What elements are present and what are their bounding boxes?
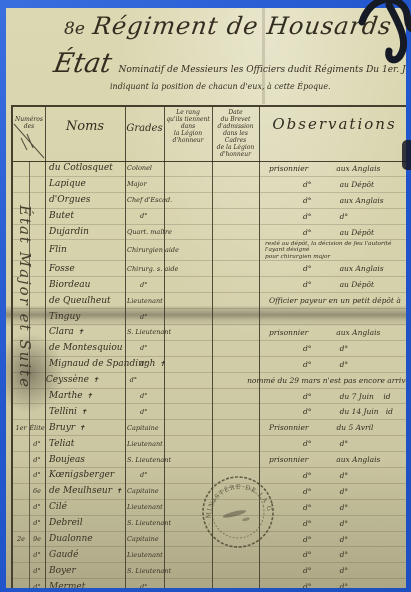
cell-observations: d°d° bbox=[259, 566, 406, 575]
cell-name: Marthe✝ bbox=[45, 391, 125, 401]
cell-grade: S. Lieutenant bbox=[125, 567, 164, 575]
observation-part-1: d° bbox=[303, 439, 312, 448]
officer-name: Fosse bbox=[49, 264, 75, 274]
observation-part-2: aux Anglais bbox=[336, 328, 380, 337]
cell-name: Fosse bbox=[45, 264, 125, 274]
cell-grade: d° bbox=[125, 392, 164, 400]
ink-flourish bbox=[358, 0, 411, 68]
observation-part-2: d° bbox=[340, 439, 349, 448]
cell-name: Flin bbox=[45, 245, 125, 255]
cell-observations: d°aux Anglais bbox=[259, 196, 406, 205]
cell-grade: d° bbox=[115, 376, 152, 384]
observation-part-1: d° bbox=[303, 487, 312, 496]
cell-grade: Major bbox=[125, 180, 164, 188]
officer-name: d'Orgues bbox=[49, 195, 90, 205]
cell-compagnie: Élite bbox=[29, 424, 45, 432]
regiment-number: 8e bbox=[64, 19, 85, 39]
cell-compagnie: d° bbox=[29, 551, 45, 559]
cell-grade: Chirurg. s. aide bbox=[125, 265, 164, 273]
cell-name: de Queulheut bbox=[45, 296, 125, 306]
cell-name: Mignaud de Spandingh✝ bbox=[45, 359, 125, 369]
observation-part-2: du 14 Juin id bbox=[340, 407, 393, 416]
cell-grade: Capitaine bbox=[125, 424, 164, 432]
officer-name: Dualonne bbox=[49, 534, 93, 544]
officer-name: Bruyr bbox=[49, 423, 75, 433]
table-row: 1erÉliteBruyr✝CapitainePrisonnierdu 5 Av… bbox=[13, 420, 406, 436]
cell-name: du Cotlosquet bbox=[45, 163, 125, 173]
cell-name: Teliat bbox=[45, 439, 125, 449]
observation-part-1: d° bbox=[303, 471, 312, 480]
observation-part-1: d° bbox=[303, 582, 312, 588]
cell-observations: d°d° bbox=[259, 360, 406, 369]
table-row: d°Mermetd°d°d° bbox=[13, 579, 406, 588]
observation-part-1: d° bbox=[303, 212, 312, 221]
cell-name: de Montesquiou bbox=[45, 343, 125, 353]
table-row: Tinguyd° bbox=[13, 309, 406, 325]
observation-part-1: d° bbox=[303, 196, 312, 205]
observation-part-1: d° bbox=[303, 280, 312, 289]
table-row: Ceyssène✝d°nommé du 29 mars n'est pas en… bbox=[13, 373, 406, 389]
cell-observations: d°d° bbox=[259, 582, 406, 588]
officer-name: Tinguy bbox=[49, 312, 80, 322]
cell-compagnie: d° bbox=[29, 440, 45, 448]
header-rang: Le rang qu'ils tiennent dans la Légion d… bbox=[164, 107, 212, 161]
cell-name: d'Orgues bbox=[45, 195, 125, 205]
diagonal-divider bbox=[13, 120, 45, 160]
subtitle-line-2: indiquant la position de chacun d'eux, à… bbox=[110, 82, 331, 91]
table-row: du CotlosquetColonelprisonnieraux Anglai… bbox=[13, 161, 406, 177]
cell-grade: Capitaine bbox=[125, 487, 164, 495]
observation-part-1: d° bbox=[303, 535, 312, 544]
cell-compagnie: 6e bbox=[29, 487, 45, 495]
header-date: Date du Brevet d'admission dans les Cadr… bbox=[212, 107, 259, 161]
cell-observations: d°d° bbox=[259, 487, 406, 496]
officer-name: Biordeau bbox=[49, 280, 90, 290]
observation-part-1: d° bbox=[303, 503, 312, 512]
header-noms: Noms bbox=[45, 107, 125, 161]
observation-part-2: du 7 Juin id bbox=[340, 392, 391, 401]
cell-name: Bruyr✝ bbox=[45, 423, 125, 433]
observation-part-1: prisonnier bbox=[269, 455, 308, 464]
cell-observations: d°d° bbox=[259, 471, 406, 480]
cell-observations: prisonnieraux Anglais bbox=[259, 455, 406, 464]
officer-name: Boujeas bbox=[49, 455, 85, 465]
cell-name: Butet bbox=[45, 211, 125, 221]
cell-name: Gaudé bbox=[45, 550, 125, 560]
table-header: Numéros des Noms Grades Le rang qu'ils t… bbox=[13, 107, 406, 162]
table-row: d'OrguesChef d'Escad.d°aux Anglais bbox=[13, 193, 406, 209]
document-title: 8e Régiment de Housards bbox=[64, 12, 406, 40]
photo-border: 8e Régiment de Housards État Nominatif d… bbox=[0, 0, 411, 592]
observation-part-1: d° bbox=[303, 392, 312, 401]
cell-observations: d°d° bbox=[259, 212, 406, 221]
observation-part-2: au Dépôt bbox=[340, 180, 374, 189]
officer-name: Debreil bbox=[49, 518, 83, 528]
edge-mark bbox=[402, 140, 411, 170]
cell-observations: d°au Dépôt bbox=[259, 228, 406, 237]
officer-name: Lapique bbox=[49, 179, 86, 189]
cell-escadron: 1er bbox=[13, 424, 29, 432]
cell-compagnie: d° bbox=[29, 583, 45, 588]
cell-grade: d° bbox=[125, 471, 164, 479]
table-row: FosseChirurg. s. aided°aux Anglais bbox=[13, 261, 406, 277]
observation-part-1: prisonnier bbox=[269, 164, 308, 173]
observation-part-2: d° bbox=[340, 471, 349, 480]
observation-part-1: d° bbox=[303, 566, 312, 575]
subtitle-initial-word: État bbox=[51, 48, 114, 79]
observation-part-1: d° bbox=[303, 407, 312, 416]
cell-name: Dualonne bbox=[45, 534, 125, 544]
cell-grade: d° bbox=[125, 583, 164, 588]
officer-name: de Meulhseur bbox=[49, 486, 112, 496]
table-row: FlinChirurgien aideresté au dépôt, la dé… bbox=[13, 240, 406, 261]
cell-observations: Officier payeur en un petit dépôt à bbox=[259, 296, 406, 305]
header-grades: Grades bbox=[125, 107, 164, 161]
decoration-cross-icon: ✝ bbox=[116, 487, 122, 495]
observation-part-2: d° bbox=[340, 360, 349, 369]
table-row: Butetd°d°d° bbox=[13, 209, 406, 225]
cell-grade: Lieutenant bbox=[125, 440, 164, 448]
table-row: Mignaud de Spandingh✝d°d°d° bbox=[13, 357, 406, 373]
cell-compagnie: d° bbox=[29, 456, 45, 464]
decoration-cross-icon: ✝ bbox=[79, 424, 85, 432]
table-row: Tellini✝d°d°du 14 Juin id bbox=[13, 404, 406, 420]
cell-observations: d°d° bbox=[259, 344, 406, 353]
decoration-cross-icon: ✝ bbox=[93, 376, 99, 384]
header-observations: Observations bbox=[259, 107, 406, 161]
cell-grade: S. Lieutenant bbox=[125, 519, 164, 527]
table-row: de QueulheutLieutenantOfficier payeur en… bbox=[13, 293, 406, 309]
cell-grade: Chef d'Escad. bbox=[125, 196, 164, 204]
table-row: Biordeaud°d°au Dépôt bbox=[13, 277, 406, 293]
cell-grade: d° bbox=[125, 408, 164, 416]
observation-part-2: au Dépôt bbox=[340, 228, 374, 237]
subtitle-line-1: État Nominatif de Messieurs les Officier… bbox=[54, 48, 406, 79]
cell-observations: d°d° bbox=[259, 503, 406, 512]
cell-name: Dujardin bbox=[45, 227, 125, 237]
header-numeros: Numéros des bbox=[13, 107, 45, 161]
cell-grade: d° bbox=[125, 281, 164, 289]
observation-part-2: d° bbox=[340, 503, 349, 512]
officer-name: de Montesquiou bbox=[49, 343, 123, 353]
cell-observations: resté au dépôt, la décision de feu l'aut… bbox=[259, 241, 406, 261]
cell-observations: d°au Dépôt bbox=[259, 180, 406, 189]
cell-grade: d° bbox=[125, 313, 164, 321]
cell-compagnie: d° bbox=[29, 471, 45, 479]
cell-name: Biordeau bbox=[45, 280, 125, 290]
table-row: de Montesquioud°d°d° bbox=[13, 341, 406, 357]
cell-name: Tinguy bbox=[45, 312, 125, 322]
officer-name: Tellini bbox=[49, 407, 77, 417]
observation-part-2: d° bbox=[340, 566, 349, 575]
observation-part-1: prisonnier bbox=[269, 328, 308, 337]
cell-name: Boujeas bbox=[45, 455, 125, 465]
observation-part-1: nommé du 29 mars n'est pas encore arrivé bbox=[247, 376, 406, 385]
cell-grade: Quart. maître bbox=[125, 228, 164, 236]
cell-grade: S. Lieutenant bbox=[125, 328, 164, 336]
observation-part-1: Prisonnier bbox=[269, 423, 308, 432]
cell-name: Mermet bbox=[45, 582, 125, 588]
cell-observations: nommé du 29 mars n'est pas encore arrivé bbox=[237, 376, 406, 385]
cell-grade: Lieutenant bbox=[125, 551, 164, 559]
cell-name: Boyer bbox=[45, 566, 125, 576]
observation-part-2: d° bbox=[340, 550, 349, 559]
cell-name: Clara✝ bbox=[45, 327, 125, 337]
cell-observations: d°d° bbox=[259, 550, 406, 559]
officer-name: Dujardin bbox=[49, 227, 89, 237]
observation-part-2: d° bbox=[340, 212, 349, 221]
officer-name: Butet bbox=[49, 211, 74, 221]
observation-part-2: d° bbox=[340, 344, 349, 353]
observation-part-2: d° bbox=[340, 519, 349, 528]
margin-section-label: État Major et Suite bbox=[8, 181, 34, 413]
observation-part-2: aux Anglais bbox=[336, 455, 380, 464]
cell-grade: S. Lieutenant bbox=[125, 456, 164, 464]
observation-part-1: d° bbox=[303, 550, 312, 559]
cell-name: Kœnigsberger bbox=[45, 470, 125, 480]
officer-name: de Queulheut bbox=[49, 296, 111, 306]
cell-observations: Prisonnierdu 5 Avril bbox=[259, 423, 406, 432]
officer-name: Flin bbox=[49, 245, 67, 255]
cell-grade: d° bbox=[125, 212, 164, 220]
observation-part-2: d° bbox=[340, 535, 349, 544]
cell-observations: d°du 7 Juin id bbox=[259, 392, 406, 401]
officer-name: Teliat bbox=[49, 439, 74, 449]
officer-name: Clara bbox=[49, 327, 74, 337]
observation-part-2: d° bbox=[340, 487, 349, 496]
observation-part-1: d° bbox=[303, 264, 312, 273]
table-row: Marthe✝d°d°du 7 Juin id bbox=[13, 389, 406, 405]
document-paper: 8e Régiment de Housards État Nominatif d… bbox=[6, 8, 406, 588]
cell-grade: Lieutenant bbox=[125, 503, 164, 511]
cell-compagnie: d° bbox=[29, 503, 45, 511]
observation-part-2: aux Anglais bbox=[340, 264, 384, 273]
table-row: Clara✝S. Lieutenantprisonnieraux Anglais bbox=[13, 325, 406, 341]
cell-observations: prisonnieraux Anglais bbox=[259, 164, 406, 173]
cell-grade: Lieutenant bbox=[125, 297, 164, 305]
table-row: LapiqueMajord°au Dépôt bbox=[13, 177, 406, 193]
cell-grade: Colonel bbox=[125, 164, 164, 172]
observation-part-2: d° bbox=[340, 582, 349, 588]
cell-grade: d° bbox=[125, 360, 164, 368]
cell-compagnie: d° bbox=[29, 519, 45, 527]
officer-name: Marthe bbox=[49, 391, 83, 401]
officer-name: du Cotlosquet bbox=[49, 163, 113, 173]
decoration-cross-icon: ✝ bbox=[81, 408, 87, 416]
cell-name: de Meulhseur✝ bbox=[45, 486, 125, 496]
cell-compagnie: d° bbox=[29, 567, 45, 575]
officer-name: Kœnigsberger bbox=[49, 470, 114, 480]
cell-name: Tellini✝ bbox=[45, 407, 125, 417]
cell-name: Lapique bbox=[45, 179, 125, 189]
cell-name: Debreil bbox=[45, 518, 125, 528]
cell-name: Ceyssène✝ bbox=[42, 375, 115, 385]
observation-part-1: Officier payeur en un petit dépôt à bbox=[269, 296, 401, 305]
cell-observations: d°au Dépôt bbox=[259, 280, 406, 289]
officer-name: Boyer bbox=[49, 566, 76, 576]
officer-name: Mermet bbox=[49, 582, 85, 588]
decoration-cross-icon: ✝ bbox=[87, 392, 93, 400]
observation-part-1: d° bbox=[303, 344, 312, 353]
observation-part-1: d° bbox=[303, 519, 312, 528]
observation-part-1: d° bbox=[303, 360, 312, 369]
cell-escadron: 2e bbox=[13, 535, 29, 543]
observation-part-2: du 5 Avril bbox=[336, 423, 373, 432]
officer-name: Ceyssène bbox=[46, 375, 89, 385]
observation-part-2: aux Anglais bbox=[340, 196, 384, 205]
decoration-cross-icon: ✝ bbox=[78, 328, 84, 336]
observation-note: resté au dépôt, la décision de feu l'aut… bbox=[265, 241, 406, 261]
table-row: DujardinQuart. maîtred°au Dépôt bbox=[13, 225, 406, 241]
table-row: d°TeliatLieutenantd°d° bbox=[13, 436, 406, 452]
observation-part-1: d° bbox=[303, 180, 312, 189]
observation-part-2: aux Anglais bbox=[336, 164, 380, 173]
regiment-name: Régiment de Housards bbox=[91, 12, 394, 40]
cell-observations: d°d° bbox=[259, 439, 406, 448]
table-row: d°BoyerS. Lieutenantd°d° bbox=[13, 563, 406, 579]
observation-part-1: d° bbox=[303, 228, 312, 237]
cell-name: Cilé bbox=[45, 502, 125, 512]
cell-grade: Chirurgien aide bbox=[125, 246, 164, 254]
cell-compagnie: 9e bbox=[29, 535, 45, 543]
cell-observations: prisonnieraux Anglais bbox=[259, 328, 406, 337]
cell-grade: d° bbox=[125, 344, 164, 352]
table-row: d°BoujeasS. Lieutenantprisonnieraux Angl… bbox=[13, 452, 406, 468]
officer-name: Cilé bbox=[49, 502, 67, 512]
cell-observations: d°du 14 Juin id bbox=[259, 407, 406, 416]
officer-name: Gaudé bbox=[49, 550, 78, 560]
cell-observations: d°aux Anglais bbox=[259, 264, 406, 273]
observation-part-2: au Dépôt bbox=[340, 280, 374, 289]
cell-grade: Capitaine bbox=[125, 535, 164, 543]
